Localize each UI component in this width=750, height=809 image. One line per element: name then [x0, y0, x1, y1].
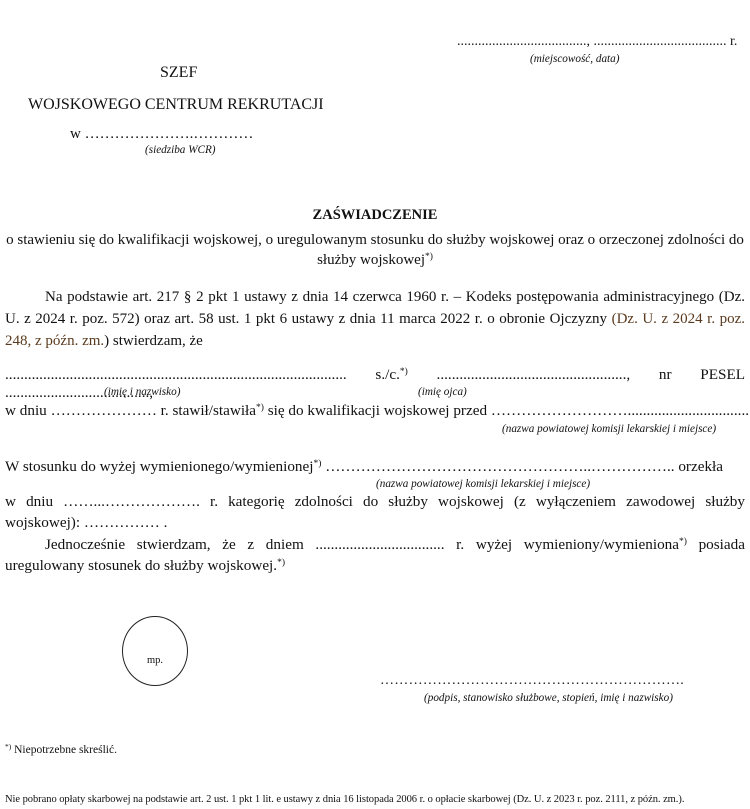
- footnote-mark: *): [425, 252, 433, 262]
- regulated-line: Jednocześnie stwierdzam, że z dniem ....…: [5, 536, 745, 554]
- document-subtitle: o stawieniu się do kwalifikacji wojskowe…: [0, 230, 750, 270]
- regulated-date-field[interactable]: Jednocześnie stwierdzam, że z dniem ....…: [45, 536, 679, 553]
- stamp-duty-note: Nie pobrano opłaty skarbowej na podstawi…: [5, 794, 684, 805]
- father-name-field[interactable]: ........................................…: [408, 366, 630, 383]
- footnote-mark: *): [400, 367, 408, 377]
- stamp-label: mp.: [123, 655, 187, 666]
- ruling-prefix: W stosunku do wyżej wymienionego/wymieni…: [5, 458, 314, 475]
- regulated-line-2: uregulowany stosunek do służby wojskowej…: [5, 557, 285, 575]
- wcr-seat-field[interactable]: w ………………….…………: [70, 126, 253, 143]
- signature-field[interactable]: ……………………………………………………….: [380, 673, 684, 689]
- footnote-mark: *): [256, 403, 264, 413]
- regulated-text: uregulowany stosunek do służby wojskowej…: [5, 557, 277, 574]
- appearance-line: w dniu ………………… r. stawił/stawiła*) się d…: [5, 402, 745, 420]
- document-title: ZAŚWIADCZENIE: [0, 207, 750, 224]
- signature-caption: (podpis, stanowisko służbowe, stopień, i…: [424, 692, 673, 704]
- footnote-mark: *): [679, 537, 687, 547]
- legal-basis-paragraph: Na podstawie art. 217 § 2 pkt 1 ustawy z…: [5, 286, 745, 352]
- ruling-line: W stosunku do wyżej wymienionego/wymieni…: [5, 458, 739, 476]
- place-date-field[interactable]: ....................................., .…: [457, 34, 737, 50]
- son-of-label: s./c.: [347, 366, 400, 383]
- appearance-commission-field[interactable]: się do kwalifikacji wojskowej przed ……………: [264, 402, 750, 419]
- ruling-suffix: orzekła: [675, 458, 723, 475]
- footnote-text: Niepotrzebne skreślić.: [11, 744, 117, 756]
- ruling-commission-caption: (nazwa powiatowej komisji lekarskiej i m…: [376, 478, 590, 490]
- wcr-seat-caption: (siedziba WCR): [145, 144, 216, 156]
- addressee-chief: SZEF: [160, 64, 197, 82]
- fitness-category-field[interactable]: wojskowej): …………… .: [5, 514, 167, 532]
- regulated-suffix: posiada: [687, 536, 745, 553]
- legal-basis-ending: ) stwierdzam, że: [104, 333, 203, 349]
- addressee-institution: WOJSKOWEGO CENTRUM REKRUTACJI: [28, 96, 324, 114]
- subtitle-text: o stawieniu się do kwalifikacji wojskowe…: [6, 232, 744, 268]
- footnote: *) Niepotrzebne skreślić.: [5, 744, 117, 756]
- full-name-caption: (imię i nazwisko): [104, 386, 180, 398]
- father-name-caption: (imię ojca): [418, 386, 467, 398]
- commission-caption: (nazwa powiatowej komisji lekarskiej i m…: [502, 423, 716, 435]
- appearance-date-field[interactable]: w dniu ………………… r. stawił/stawiła: [5, 402, 256, 419]
- ruling-date-category-field[interactable]: w dniu ……...………………. r. kategorię zdolnoś…: [5, 493, 745, 511]
- footnote-mark: *): [277, 558, 285, 568]
- full-name-field[interactable]: ........................................…: [5, 366, 347, 383]
- ruling-commission-field[interactable]: ……………………………………………..……………..: [321, 458, 674, 475]
- official-stamp-circle: mp.: [122, 616, 188, 686]
- place-date-caption: (miejscowość, data): [530, 53, 619, 65]
- pesel-label: nr PESEL: [630, 366, 745, 383]
